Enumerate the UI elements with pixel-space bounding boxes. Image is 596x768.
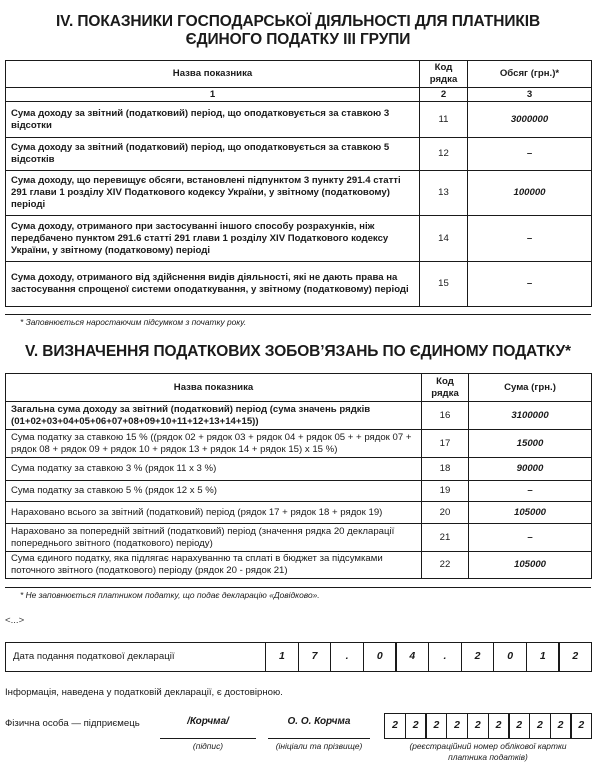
row-value[interactable]: 100000: [468, 171, 592, 216]
registration-digit-cell[interactable]: 2: [529, 713, 551, 739]
name-caption: (ініціали та прізвище): [268, 741, 370, 752]
date-cell[interactable]: 7: [298, 642, 332, 672]
table-row: Сума доходу, що перевищує обсяги, встано…: [6, 171, 592, 216]
registration-digit-cell[interactable]: 2: [550, 713, 572, 739]
row-name: Сума доходу, отриманого від здійснення в…: [6, 262, 420, 307]
row-code: 14: [420, 216, 468, 262]
row-code: 16: [422, 402, 469, 430]
row-name: Сума доходу, що перевищує обсяги, встано…: [6, 171, 420, 216]
row-value[interactable]: 105000: [469, 552, 592, 579]
registration-digit-cell[interactable]: 2: [488, 713, 510, 739]
footnote-divider: [5, 314, 591, 315]
row-name: Нараховано за попередній звітний (податк…: [6, 524, 422, 552]
row-value[interactable]: 15000: [469, 430, 592, 458]
date-cell[interactable]: 0: [493, 642, 527, 672]
ellipsis-marker: <...>: [5, 615, 24, 626]
row-code: 17: [422, 430, 469, 458]
table-row: Сума доходу, отриманого при застосуванні…: [6, 216, 592, 262]
row-value[interactable]: 105000: [469, 502, 592, 524]
header-value: Сума (грн.): [469, 374, 592, 402]
table-row: Сума доходу за звітний (податковий) пері…: [6, 138, 592, 171]
row-name: Сума доходу, отриманого при застосуванні…: [6, 216, 420, 262]
row-value[interactable]: 90000: [469, 458, 592, 481]
section5-footnote: * Не заповнюється платником податку, що …: [20, 590, 320, 600]
row-value[interactable]: 3100000: [469, 402, 592, 430]
table-row: Сума податку за ставкою 15 % ((рядок 02 …: [6, 430, 592, 458]
registration-caption-line2: платника податків): [384, 752, 592, 763]
table-row: Сума єдиного податку, яка підлягає нарах…: [6, 552, 592, 579]
header-name: Назва показника: [6, 61, 420, 88]
row-value[interactable]: –: [469, 524, 592, 552]
table-row: Сума доходу за звітний (податковий) пері…: [6, 102, 592, 138]
date-cell[interactable]: 0: [363, 642, 397, 672]
section5-title: V. ВИЗНАЧЕННЯ ПОДАТКОВИХ ЗОБОВ’ЯЗАНЬ ПО …: [0, 343, 596, 361]
row-code: 11: [420, 102, 468, 138]
table-row: Загальна сума доходу за звітний (податко…: [6, 402, 592, 430]
registration-digit-cell[interactable]: 2: [405, 713, 427, 739]
section5-table: Назва показника Код рядка Сума (грн.) За…: [5, 373, 592, 579]
name-value[interactable]: О. О. Корчма: [268, 716, 370, 727]
date-cell[interactable]: 4: [395, 642, 429, 672]
header-code: Код рядка: [420, 61, 468, 88]
table-row: Сума податку за ставкою 5 % (рядок 12 x …: [6, 481, 592, 502]
row-name: Сума податку за ставкою 15 % ((рядок 02 …: [6, 430, 422, 458]
row-value[interactable]: –: [468, 138, 592, 171]
row-value[interactable]: –: [468, 262, 592, 307]
row-code: 20: [422, 502, 469, 524]
section4-title-line1: IV. ПОКАЗНИКИ ГОСПОДАРСЬКОЇ ДІЯЛЬНОСТІ Д…: [0, 13, 596, 31]
table-row: Нараховано всього за звітний (податковий…: [6, 502, 592, 524]
date-cell[interactable]: 1: [265, 642, 299, 672]
row-value[interactable]: 3000000: [468, 102, 592, 138]
row-code: 19: [422, 481, 469, 502]
column-numbers-row: 1 2 3: [6, 88, 592, 102]
row-value[interactable]: –: [468, 216, 592, 262]
name-line: [268, 738, 370, 739]
registration-caption-line1: (реєстраційний номер облікової картки: [384, 741, 592, 752]
table-header-row: Назва показника Код рядка Обсяг (грн.)*: [6, 61, 592, 88]
row-name: Сума податку за ставкою 3 % (рядок 11 x …: [6, 458, 422, 481]
col-number-3: 3: [468, 88, 592, 102]
row-code: 21: [422, 524, 469, 552]
registration-digit-cell[interactable]: 2: [508, 713, 530, 739]
date-cell[interactable]: 2: [558, 642, 592, 672]
table-row: Нараховано за попередній звітний (податк…: [6, 524, 592, 552]
signature-line: [160, 738, 256, 739]
row-name: Сума доходу за звітний (податковий) пері…: [6, 102, 420, 138]
section4-table: Назва показника Код рядка Обсяг (грн.)* …: [5, 60, 592, 307]
header-code: Код рядка: [422, 374, 469, 402]
row-code: 18: [422, 458, 469, 481]
statement-text: Інформація, наведена у податковій деклар…: [5, 687, 283, 698]
section4-footnote: * Заповнюється наростаючим підсумком з п…: [20, 317, 246, 327]
registration-digit-cell[interactable]: 2: [467, 713, 489, 739]
table-header-row: Назва показника Код рядка Сума (грн.): [6, 374, 592, 402]
footnote-divider: [5, 587, 591, 588]
registration-digit-cell[interactable]: 2: [570, 713, 592, 739]
row-value[interactable]: –: [469, 481, 592, 502]
signature-label: Фізична особа — підприємець: [5, 718, 140, 729]
signature-caption: (підпис): [160, 741, 256, 752]
row-name: Загальна сума доходу за звітний (податко…: [6, 402, 422, 430]
row-code: 15: [420, 262, 468, 307]
header-value: Обсяг (грн.)*: [468, 61, 592, 88]
date-cell[interactable]: .: [330, 642, 364, 672]
col-number-2: 2: [420, 88, 468, 102]
row-name: Сума доходу за звітний (податковий) пері…: [6, 138, 420, 171]
registration-digit-cell[interactable]: 2: [425, 713, 447, 739]
row-name: Сума єдиного податку, яка підлягає нарах…: [6, 552, 422, 579]
signature-value[interactable]: /Корчма/: [160, 716, 256, 727]
row-code: 13: [420, 171, 468, 216]
date-cell[interactable]: .: [428, 642, 462, 672]
col-number-1: 1: [6, 88, 420, 102]
date-cell[interactable]: 1: [526, 642, 560, 672]
section4-title-line2: ЄДИНОГО ПОДАТКУ ІІІ ГРУПИ: [0, 31, 596, 49]
table-row: Сума податку за ставкою 3 % (рядок 11 x …: [6, 458, 592, 481]
date-cell[interactable]: 2: [461, 642, 495, 672]
table-row: Сума доходу, отриманого від здійснення в…: [6, 262, 592, 307]
row-code: 22: [422, 552, 469, 579]
row-name: Нараховано всього за звітний (податковий…: [6, 502, 422, 524]
registration-digit-cell[interactable]: 2: [384, 713, 406, 739]
registration-digit-cell[interactable]: 2: [446, 713, 468, 739]
date-label: Дата подання податкової декларації: [5, 642, 266, 672]
row-code: 12: [420, 138, 468, 171]
row-name: Сума податку за ставкою 5 % (рядок 12 x …: [6, 481, 422, 502]
header-name: Назва показника: [6, 374, 422, 402]
